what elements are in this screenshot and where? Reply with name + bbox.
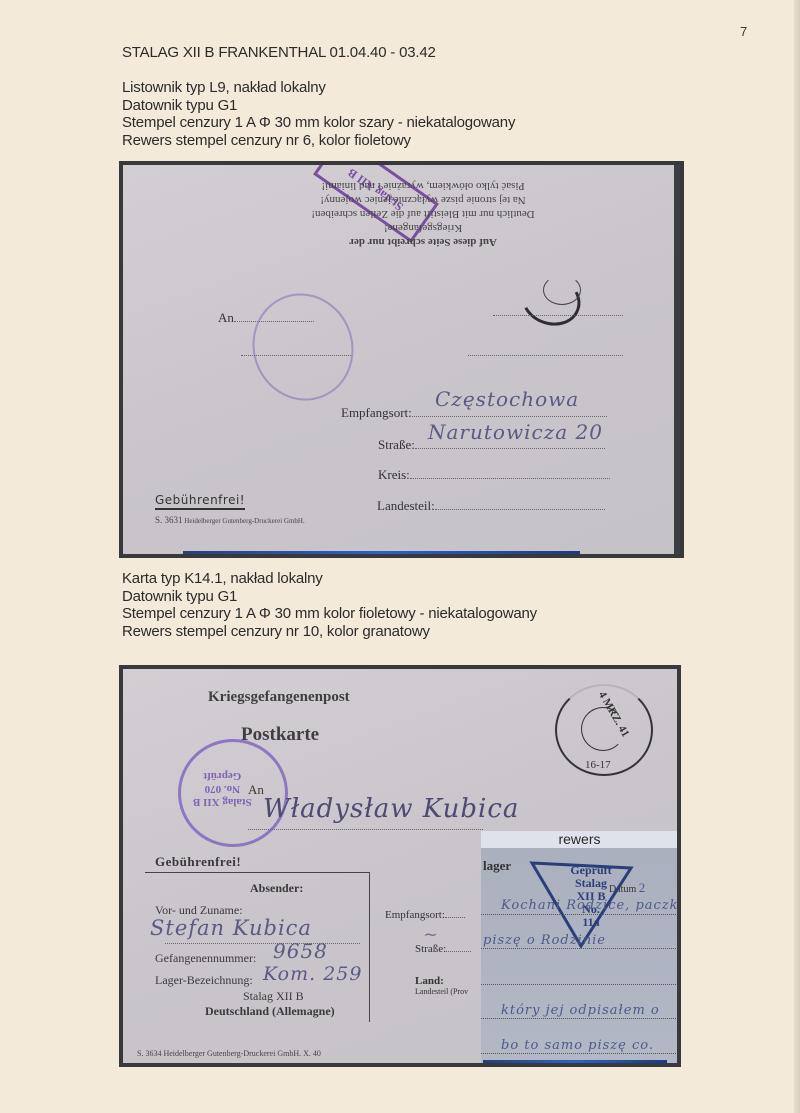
item1-desc-line: Listownik typ L9, nakład lokalny [122, 79, 515, 97]
instruction-line: Deutlich nur mit Bleistift auf die Zeile… [273, 207, 573, 221]
triangle-stamp-text: Geprüft Stalag XII B No. 11a [561, 864, 621, 929]
strasse-label: Straße: [378, 437, 415, 452]
empfangsort-field: Empfangsort: [385, 909, 465, 921]
lager-handwriting: Kom. 259 [263, 963, 362, 985]
postmark-inner-ring [543, 275, 581, 305]
dotted-line [445, 917, 465, 918]
dotted-line [468, 355, 623, 356]
page-number: 7 [740, 24, 747, 39]
item2-desc-line: Stempel cenzury 1 A Φ 30 mm kolor fiolet… [122, 605, 537, 623]
dotted-line [493, 315, 623, 316]
item2-desc-line: Karta typ K14.1, nakład lokalny [122, 570, 537, 588]
dotted-line [415, 448, 605, 449]
page-edge [794, 0, 800, 1113]
strasse-handwriting: Narutowicza 20 [428, 420, 603, 444]
rewers-handwriting-line: piszę o Rodzinie [483, 933, 606, 948]
address-handwriting-fragment: ~ [423, 924, 439, 945]
postcard-header: Kriegsgefangenenpost [208, 689, 350, 706]
ruled-line [481, 914, 677, 915]
landesteil-field: Landesteil: [377, 498, 605, 514]
item1-mount-frame: Stalag XII B Auf diese Seite schreibt nu… [119, 161, 684, 558]
dotted-line [410, 478, 610, 479]
printer-number: S. 3631 [155, 515, 183, 525]
dotted-line [446, 951, 471, 952]
instruction-line: Auf diese Seite schreibt nur der [273, 235, 573, 249]
rewers-label: rewers [481, 831, 677, 848]
empfangsort-label: Empfangsort: [385, 909, 445, 921]
an-field: An [218, 310, 314, 326]
printer-imprint: S. 3634 Heidelberger Gutenberg-Druckerei… [137, 1049, 321, 1058]
ruled-line [481, 1053, 677, 1054]
stalag-label: Stalag XII B [243, 989, 304, 1004]
land-field: Land: [415, 975, 444, 987]
empfangsort-label: Empfangsort: [341, 405, 412, 420]
dotted-line [241, 355, 351, 356]
stamp-line: 11a [561, 916, 621, 929]
item1-description: Listownik typ L9, nakład lokalny Datowni… [122, 79, 515, 149]
printer-name: Heidelberger Gutenberg-Druckerei GmbH. [184, 517, 304, 525]
absender-box: Absender: Vor- und Zuname: Stefan Kubica… [145, 872, 370, 1022]
ruled-line [481, 948, 677, 949]
recipient-handwriting: Władysław Kubica [263, 794, 519, 824]
dotted-line [234, 321, 314, 322]
mount-blue-strip [183, 551, 580, 554]
censor-circle-stamp-icon [238, 279, 369, 415]
rewers-handwriting-line: bo to samo piszę co. [501, 1038, 654, 1053]
rewers-inset: rewers lager Datum 2 Geprüft Stalag XII … [481, 831, 677, 1063]
number-label: Gefangenennummer: [155, 951, 256, 966]
item1-desc-line: Rewers stempel cenzury nr 6, kolor fiole… [122, 132, 515, 150]
name-handwriting: Stefan Kubica [150, 916, 312, 940]
item1-desc-line: Datownik typu G1 [122, 97, 515, 115]
instruction-line: Na tej stronie pisze wyłącznie jeniec wo… [273, 193, 573, 207]
dotted-line [248, 829, 483, 830]
kreis-label: Kreis: [378, 467, 410, 482]
censor-circle-text: Stalag XII B No. 070 Geprüft [193, 769, 252, 808]
dotted-line [435, 509, 605, 510]
ruled-line [481, 1018, 677, 1019]
kreis-field: Kreis: [378, 467, 610, 483]
item2-mount-frame: Kriegsgefangenenpost Postkarte 4 MRZ. 41… [119, 665, 681, 1067]
upside-down-instructions: Auf diese Seite schreibt nur der Kriegsg… [273, 179, 573, 249]
rewers-image: lager Datum 2 Geprüft Stalag XII B No. 1… [481, 848, 677, 1063]
datum-value: 2 [639, 880, 646, 895]
item2-desc-line: Rewers stempel cenzury nr 10, kolor gran… [122, 623, 537, 641]
ruled-line [481, 984, 677, 985]
item2-postcard: Kriegsgefangenenpost Postkarte 4 MRZ. 41… [123, 669, 677, 1063]
postmark-time: 16-17 [585, 759, 611, 771]
country-label: Deutschland (Allemagne) [205, 1004, 335, 1019]
gebuehrenfrei-label: Gebührenfrei! [155, 854, 241, 870]
printer-imprint: S. 3631 Heidelberger Gutenberg-Druckerei… [155, 515, 305, 525]
item1-letter-sheet: Stalag XII B Auf diese Seite schreibt nu… [123, 165, 680, 554]
empfangsort-handwriting: Częstochowa [435, 387, 579, 411]
an-label: An [248, 782, 264, 798]
censor-line: Geprüft [193, 769, 252, 782]
censor-line: Stalag XII B [193, 795, 252, 808]
landesteil-label: Landesteil: [377, 498, 435, 513]
item2-desc-line: Datownik typu G1 [122, 588, 537, 606]
instruction-line: Kriegsgefangene! [273, 221, 573, 235]
instruction-line: Pisać tylko ołówkiem, wyraźnie i nad lin… [273, 179, 573, 193]
landesteil-field: Landesteil (Prov [415, 987, 468, 996]
mount-blue-strip [483, 1060, 667, 1063]
censor-line: No. 070 [193, 782, 252, 795]
dotted-line [165, 943, 360, 944]
page-title: STALAG XII B FRANKENTHAL 01.04.40 - 03.4… [122, 44, 436, 61]
number-handwriting: 9658 [273, 939, 328, 963]
lager-label: Lager-Bezeichnung: [155, 973, 253, 988]
absender-title: Absender: [250, 881, 303, 896]
rewers-handwriting-line: który jej odpisałem o [501, 1003, 660, 1018]
gebuehrenfrei-label: Gebührenfrei! [155, 493, 245, 510]
an-label: An [218, 310, 234, 325]
item1-desc-line: Stempel cenzury 1 A Φ 30 mm kolor szary … [122, 114, 515, 132]
rewers-lager-text: lager [483, 858, 511, 874]
item2-description: Karta typ K14.1, nakład lokalny Datownik… [122, 570, 537, 640]
rewers-handwriting-line: Kochani Rodzice, paczkę otrzymałem już [501, 898, 677, 913]
dotted-line [412, 416, 607, 417]
